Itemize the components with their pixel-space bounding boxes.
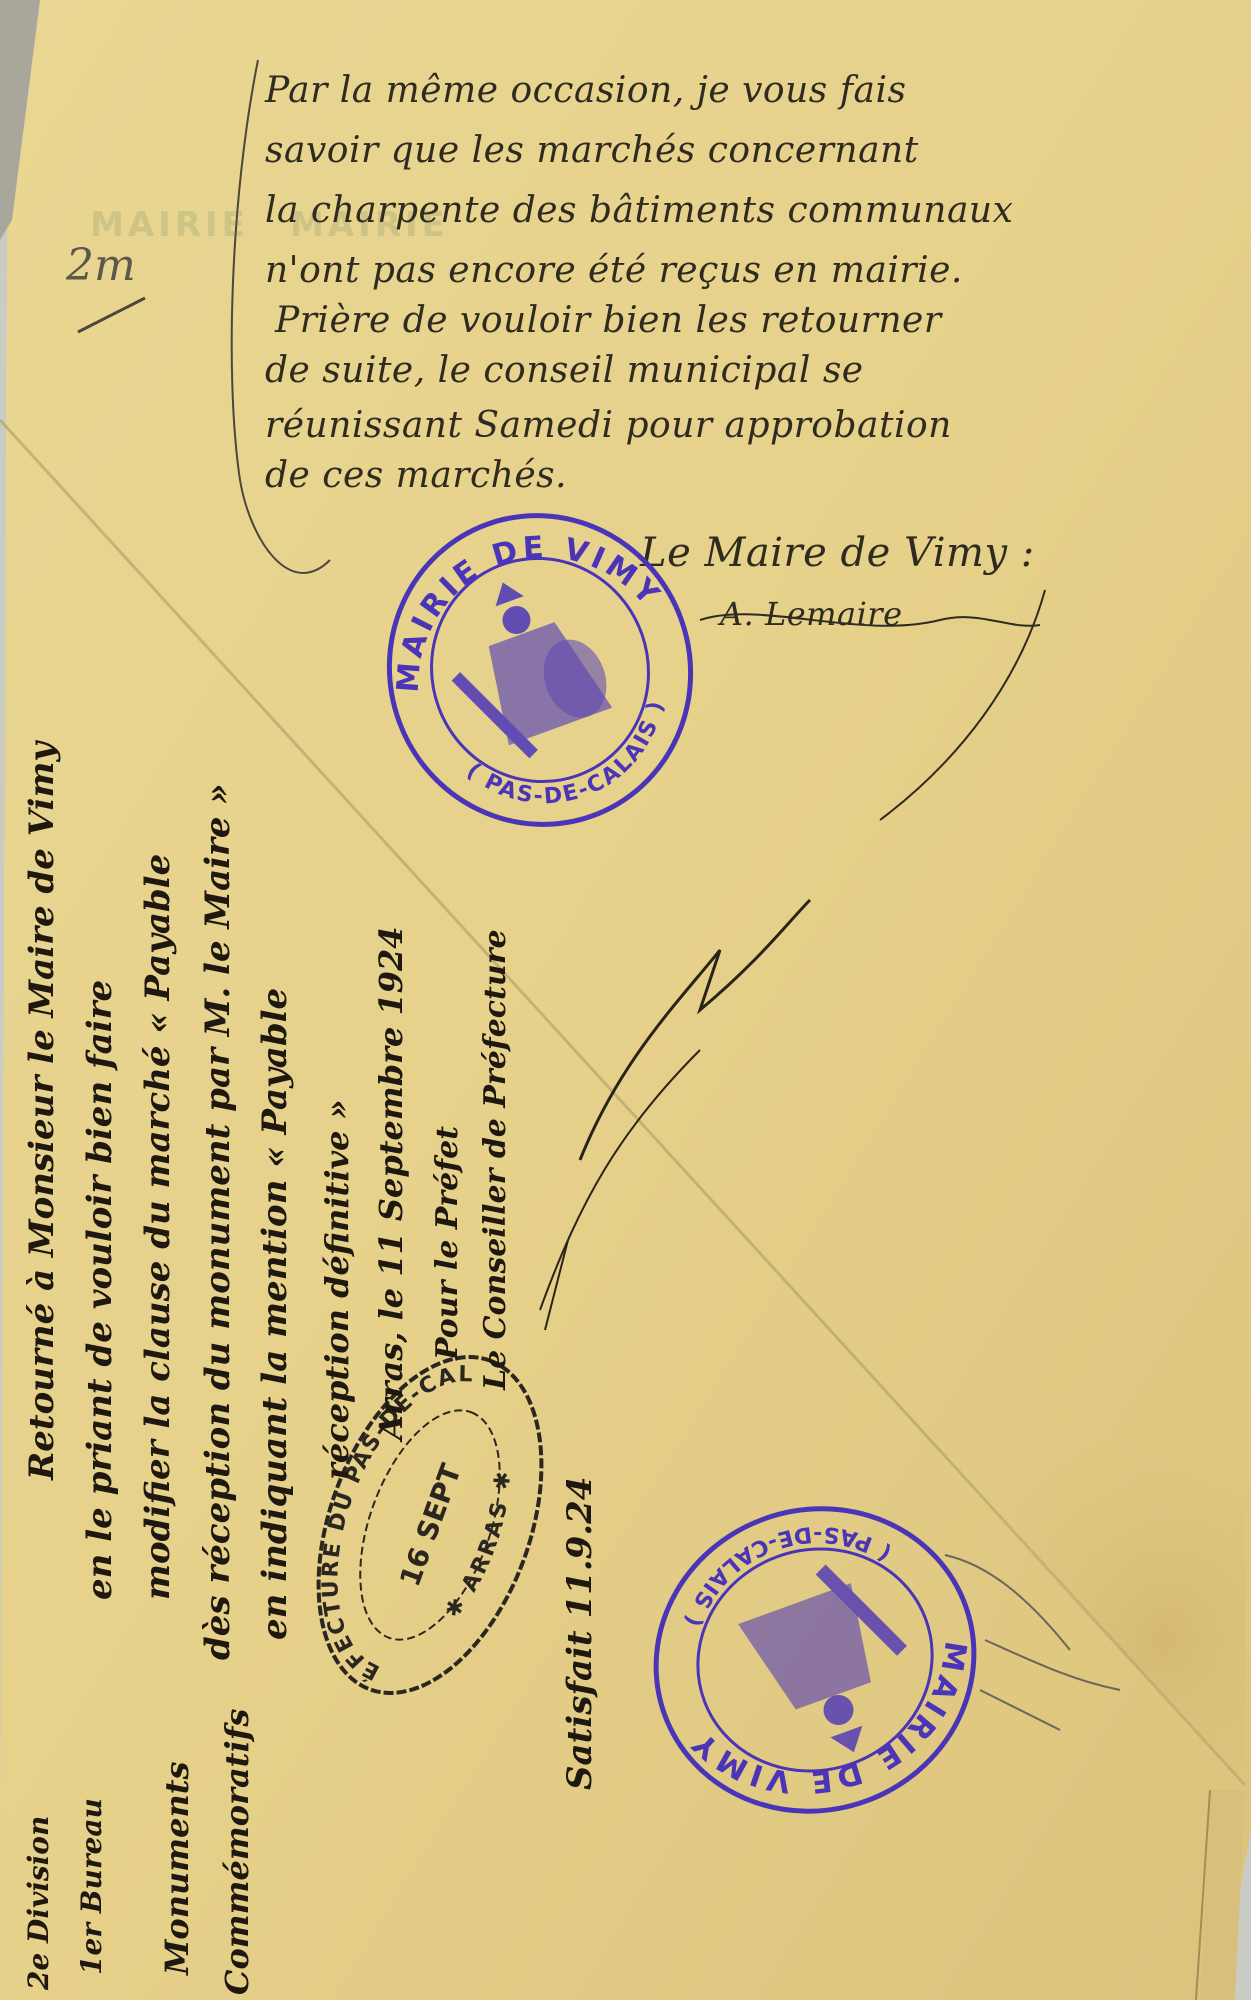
mairie-stamp-top: MAIRIE DE VIMY ( PAS-DE-CALAIS ) (375, 505, 705, 835)
annotation-line: modifier la clause du marché « Payable (138, 854, 178, 1600)
annotation-conseiller: Le Conseiller de Préfecture (478, 929, 513, 1390)
document-page: MAIRIE MAIRIE 2m Par la même occasion, j… (0, 0, 1251, 2000)
letter-line: la charpente des bâtiments communaux (265, 190, 1013, 231)
margin-note: 2m (66, 240, 136, 291)
letter-line: savoir que les marchés concernant (265, 130, 919, 171)
print-through-text: MAIRIE (90, 205, 249, 245)
mairie-stamp-bottom: MAIRIE DE VIMY ( PAS-DE-CALAIS ) (640, 1490, 990, 1830)
letter-line: Par la même occasion, je vous fais (265, 70, 906, 111)
annotation-line: dès réception du monument par M. le Mair… (198, 783, 238, 1660)
letter-line: de suite, le conseil municipal se (265, 350, 864, 391)
letter-line: réunissant Samedi pour approbation (265, 405, 952, 446)
annotation-division: 2e Division (22, 1816, 55, 1990)
letter-line: n'ont pas encore été reçus en mairie. (265, 250, 963, 291)
annotation-bureau: 1er Bureau (75, 1798, 108, 1975)
annotation-line: en le priant de vouloir bien faire (80, 980, 120, 1600)
letter-signature: A. Lemaire (720, 595, 903, 633)
annotation-monuments: Monuments (158, 1761, 196, 1975)
prefecture-date: 16 SEPT (393, 1460, 468, 1591)
annotation-satisfait: Satisfait 11.9.24 (560, 1477, 600, 1790)
annotation-commemoratifs: Commémoratifs (218, 1709, 256, 1995)
annotation-date: Arras, le 11 Septembre 1924 (372, 926, 410, 1440)
letter-line: Prière de vouloir bien les retourner (275, 300, 942, 341)
annotation-line: Retourné à Monsieur le Maire de Vimy (22, 742, 62, 1480)
annotation-line: en indiquant la mention « Payable (255, 988, 295, 1640)
letter-line: de ces marchés. (265, 455, 567, 496)
annotation-line: réception définitive » (318, 1099, 356, 1480)
annotation-pour-le-prefet: Pour le Préfet (430, 1126, 465, 1360)
